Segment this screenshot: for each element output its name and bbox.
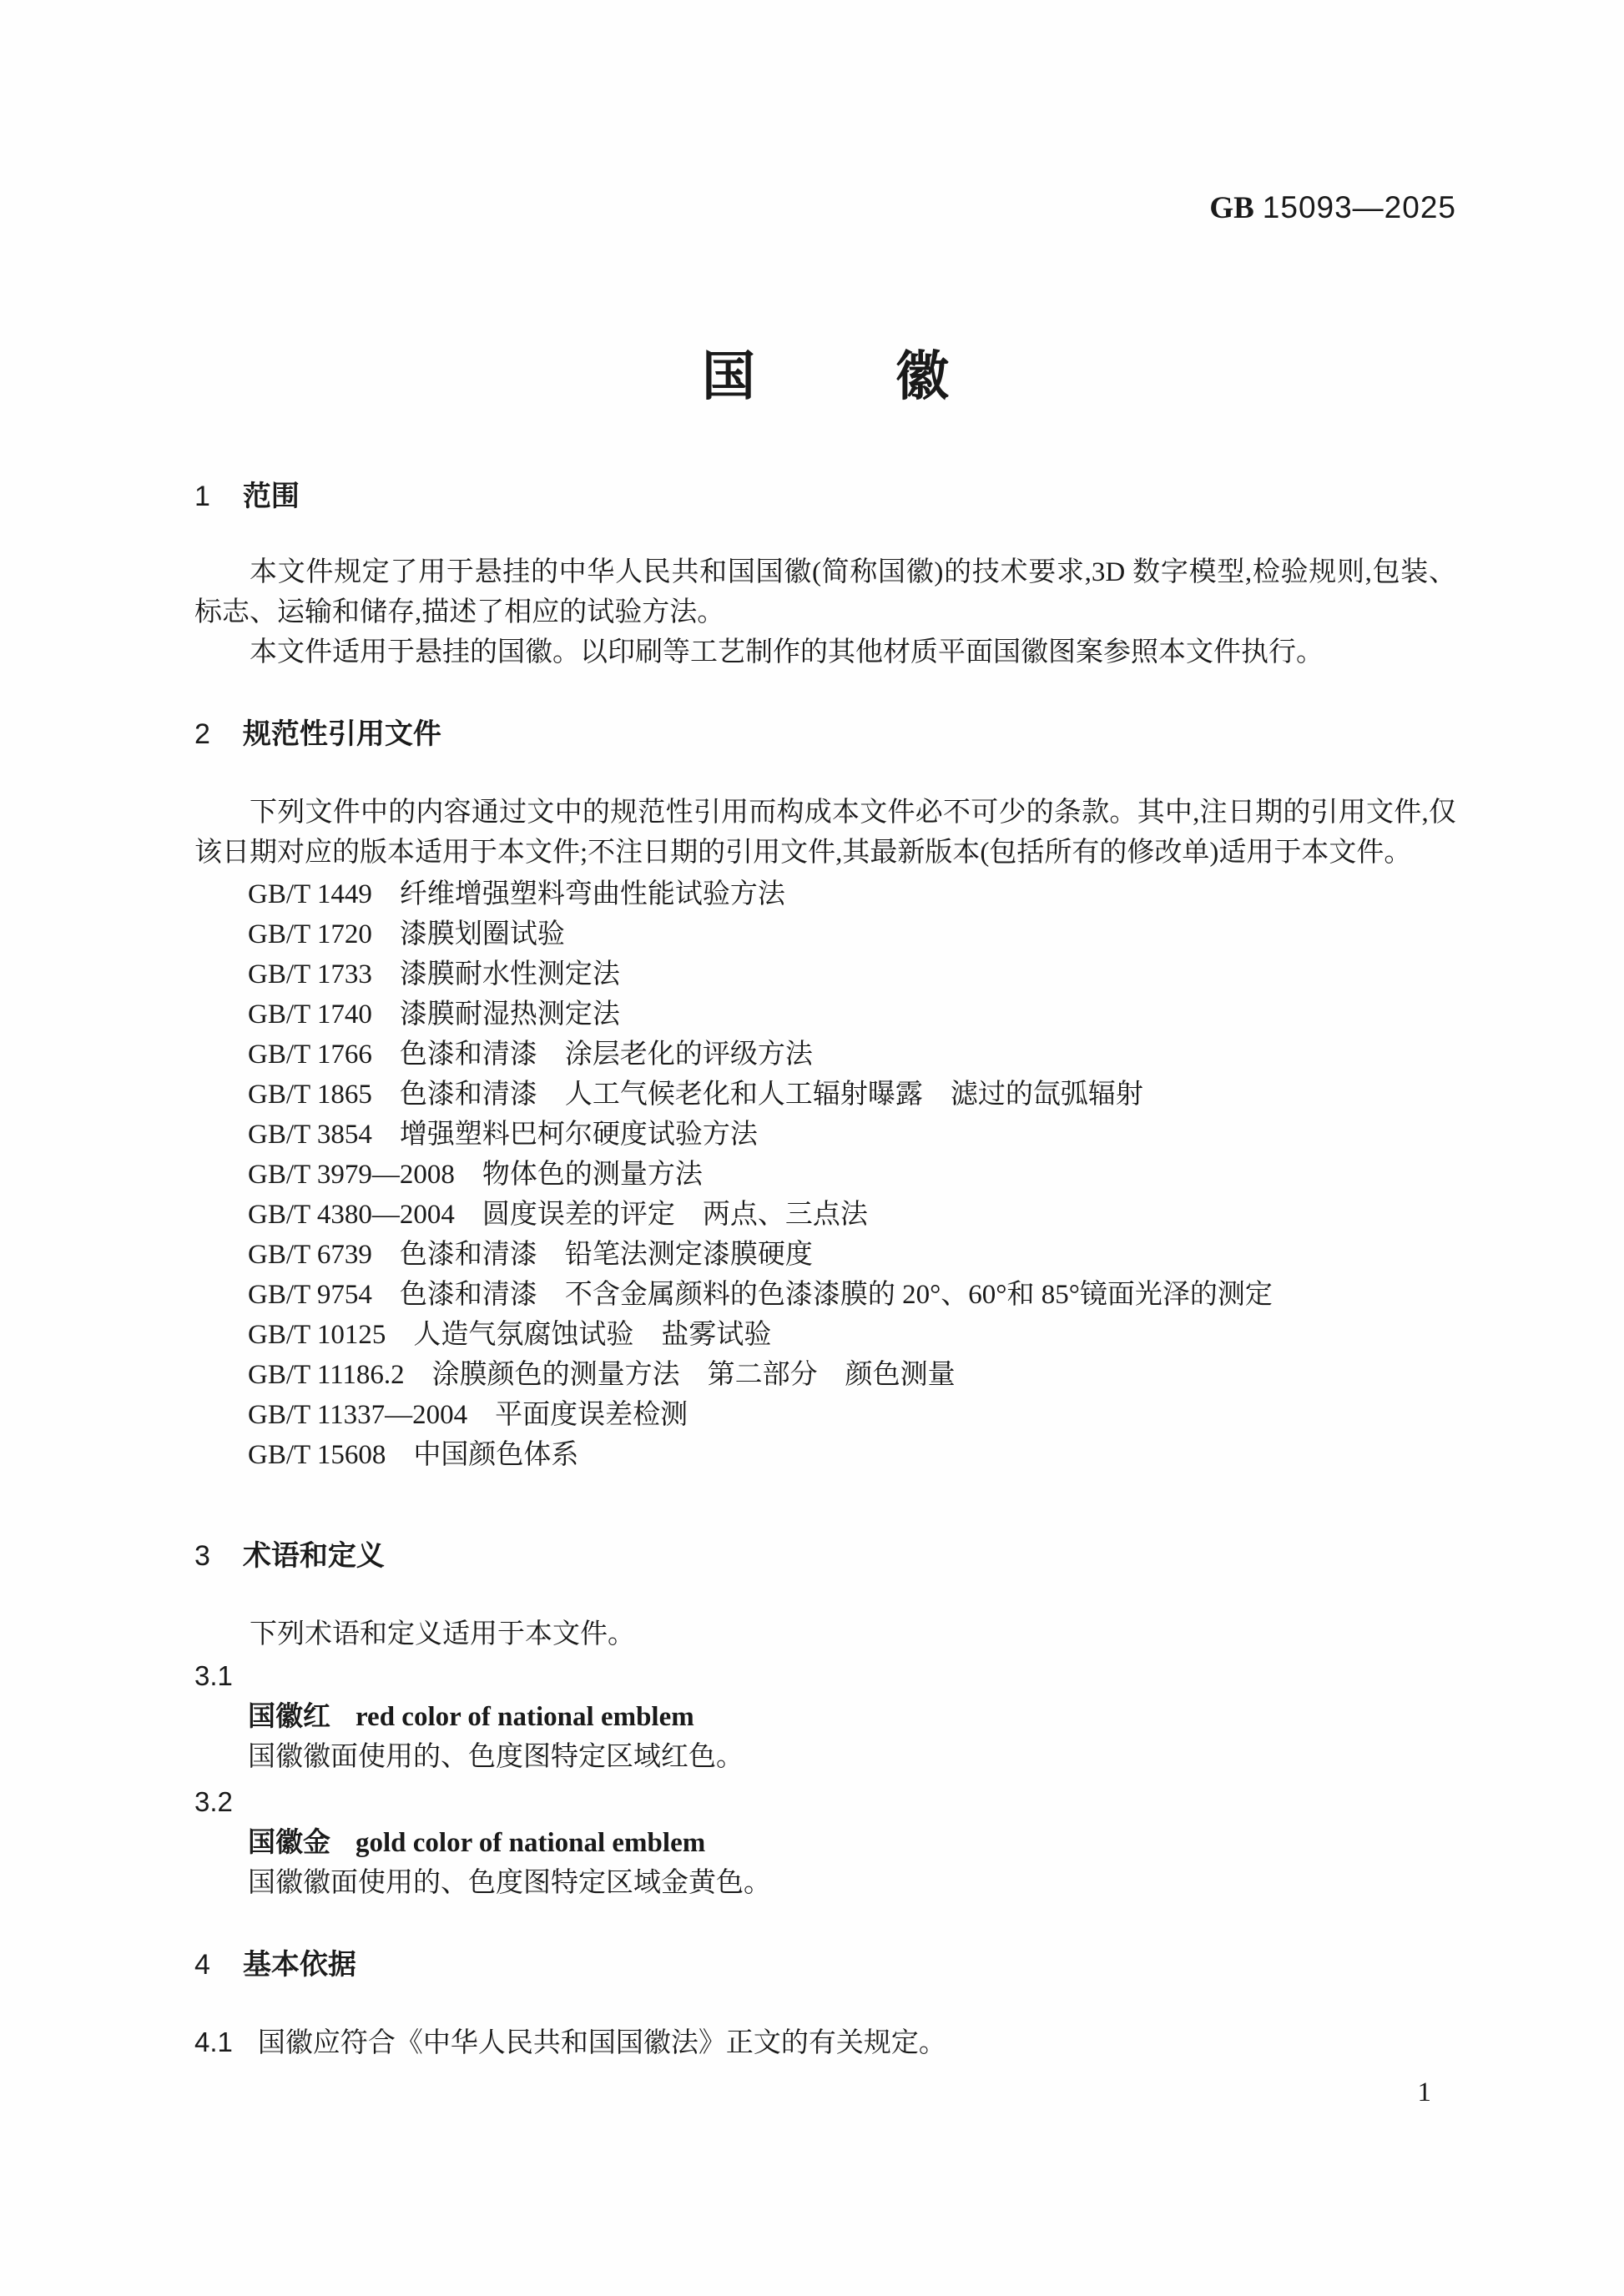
reference-item: GB/T 6739色漆和清漆 铅笔法测定漆膜硬度 — [248, 1235, 1456, 1275]
title-char-1: 国 — [702, 346, 755, 406]
reference-code: GB/T 1733 — [248, 959, 372, 989]
reference-item: GB/T 11186.2涂膜颜色的测量方法 第二部分 颜色测量 — [248, 1355, 1456, 1395]
reference-title: 涂膜颜色的测量方法 第二部分 颜色测量 — [432, 1360, 956, 1390]
reference-code: GB/T 15608 — [248, 1440, 386, 1470]
reference-title: 纤维增强塑料弯曲性能试验方法 — [400, 879, 785, 909]
reference-title: 增强塑料巴柯尔硬度试验方法 — [400, 1120, 758, 1150]
reference-code: GB/T 1720 — [248, 919, 372, 949]
section-heading-scope: 1范围 — [194, 480, 1456, 513]
reference-item: GB/T 9754色漆和清漆 不含金属颜料的色漆漆膜的 20°、60°和 85°… — [248, 1275, 1456, 1315]
reference-title: 色漆和清漆 涂层老化的评级方法 — [400, 1040, 813, 1070]
section-heading-normative-references: 2规范性引用文件 — [194, 717, 1456, 751]
section-heading-basis: 4基本依据 — [194, 1948, 1456, 1981]
normative-references-list: GB/T 1449纤维增强塑料弯曲性能试验方法 GB/T 1720漆膜划圈试验 … — [194, 874, 1456, 1475]
reference-code: GB/T 11186.2 — [248, 1360, 405, 1390]
reference-item: GB/T 1740漆膜耐湿热测定法 — [248, 994, 1456, 1035]
reference-title: 平面度误差检测 — [495, 1400, 688, 1430]
reference-title: 色漆和清漆 不含金属颜料的色漆漆膜的 20°、60°和 85°镜面光泽的测定 — [400, 1280, 1273, 1310]
doc-number: GB15093—2025 — [194, 190, 1456, 226]
term-definition-gold: 国徽徽面使用的、色度图特定区域金黄色。 — [194, 1863, 1456, 1903]
term-en-gold: gold color of national emblem — [356, 1828, 705, 1858]
page-content: GB15093—2025 国徽 1范围 本文件规定了用于悬挂的中华人民共和国国徽… — [0, 190, 1624, 2109]
reference-code: GB/T 6739 — [248, 1240, 372, 1270]
reference-title: 圆度误差的评定 两点、三点法 — [482, 1200, 868, 1230]
document-page: GB15093—2025 国徽 1范围 本文件规定了用于悬挂的中华人民共和国国徽… — [0, 0, 1624, 2296]
title-char-2: 徽 — [895, 346, 949, 406]
reference-title: 色漆和清漆 人工气候老化和人工辐射曝露 滤过的氙弧辐射 — [400, 1080, 1143, 1110]
section-heading-text: 术语和定义 — [243, 1540, 385, 1572]
section-number: 3 — [194, 1540, 210, 1572]
reference-item: GB/T 1766色漆和清漆 涂层老化的评级方法 — [248, 1035, 1456, 1075]
doc-number-prefix: GB — [1209, 191, 1253, 225]
section-heading-terms: 3术语和定义 — [194, 1539, 1456, 1573]
reference-title: 漆膜耐水性测定法 — [400, 959, 620, 989]
clause-text: 国徽应符合《中华人民共和国国徽法》正文的有关规定。 — [258, 2028, 946, 2058]
clause-number: 4.1 — [194, 2027, 233, 2057]
doc-number-value: 15093—2025 — [1263, 190, 1456, 224]
reference-item: GB/T 1733漆膜耐水性测定法 — [248, 954, 1456, 994]
reference-code: GB/T 3979—2008 — [248, 1160, 455, 1190]
reference-item: GB/T 1865色漆和清漆 人工气候老化和人工辐射曝露 滤过的氙弧辐射 — [248, 1075, 1456, 1115]
reference-code: GB/T 10125 — [248, 1320, 386, 1350]
reference-title: 漆膜耐湿热测定法 — [400, 999, 620, 1030]
reference-title: 漆膜划圈试验 — [400, 919, 565, 949]
reference-code: GB/T 3854 — [248, 1120, 372, 1150]
terms-intro: 下列术语和定义适用于本文件。 — [194, 1614, 1456, 1654]
page-number: 1 — [194, 2076, 1456, 2109]
reference-title: 物体色的测量方法 — [482, 1160, 703, 1190]
term-number-3-1: 3.1 — [194, 1656, 1456, 1696]
section-number: 4 — [194, 1949, 210, 1981]
normative-references-intro: 下列文件中的内容通过文中的规范性引用而构成本文件必不可少的条款。其中,注日期的引… — [194, 793, 1456, 873]
reference-title: 人造气氛腐蚀试验 盐雾试验 — [413, 1320, 771, 1350]
reference-item: GB/T 3979—2008物体色的测量方法 — [248, 1155, 1456, 1195]
term-zh-red: 国徽红 — [248, 1700, 330, 1731]
reference-item: GB/T 3854增强塑料巴柯尔硬度试验方法 — [248, 1115, 1456, 1155]
term-entry-gold: 国徽金gold color of national emblem — [194, 1822, 1456, 1863]
reference-code: GB/T 1740 — [248, 999, 372, 1030]
reference-item: GB/T 4380—2004圆度误差的评定 两点、三点法 — [248, 1195, 1456, 1235]
reference-title: 色漆和清漆 铅笔法测定漆膜硬度 — [400, 1240, 813, 1270]
reference-item: GB/T 15608中国颜色体系 — [248, 1435, 1456, 1475]
section-number: 2 — [194, 718, 210, 750]
section-heading-text: 基本依据 — [243, 1949, 356, 1981]
term-zh-gold: 国徽金 — [248, 1826, 330, 1857]
scope-paragraph-2: 本文件适用于悬挂的国徽。以印刷等工艺制作的其他材质平面国徽图案参照本文件执行。 — [194, 632, 1456, 672]
reference-title: 中国颜色体系 — [413, 1440, 578, 1470]
term-en-red: red color of national emblem — [356, 1702, 694, 1732]
page-title: 国徽 — [194, 347, 1456, 405]
reference-code: GB/T 11337—2004 — [248, 1400, 467, 1430]
section-number: 1 — [194, 481, 210, 512]
section-heading-text: 规范性引用文件 — [243, 718, 441, 750]
term-entry-red: 国徽红red color of national emblem — [194, 1696, 1456, 1737]
section-heading-text: 范围 — [243, 481, 300, 512]
reference-item: GB/T 11337—2004平面度误差检测 — [248, 1395, 1456, 1435]
term-definition-red: 国徽徽面使用的、色度图特定区域红色。 — [194, 1737, 1456, 1777]
reference-item: GB/T 10125人造气氛腐蚀试验 盐雾试验 — [248, 1315, 1456, 1355]
clause-4-1: 4.1国徽应符合《中华人民共和国国徽法》正文的有关规定。 — [194, 2022, 1456, 2063]
scope-paragraph-1: 本文件规定了用于悬挂的中华人民共和国国徽(简称国徽)的技术要求,3D 数字模型,… — [194, 552, 1456, 632]
term-number-3-2: 3.2 — [194, 1782, 1456, 1822]
reference-item: GB/T 1449纤维增强塑料弯曲性能试验方法 — [248, 874, 1456, 914]
reference-code: GB/T 1449 — [248, 879, 372, 909]
reference-code: GB/T 1766 — [248, 1040, 372, 1070]
reference-item: GB/T 1720漆膜划圈试验 — [248, 914, 1456, 954]
reference-code: GB/T 9754 — [248, 1280, 372, 1310]
reference-code: GB/T 1865 — [248, 1080, 372, 1110]
reference-code: GB/T 4380—2004 — [248, 1200, 455, 1230]
